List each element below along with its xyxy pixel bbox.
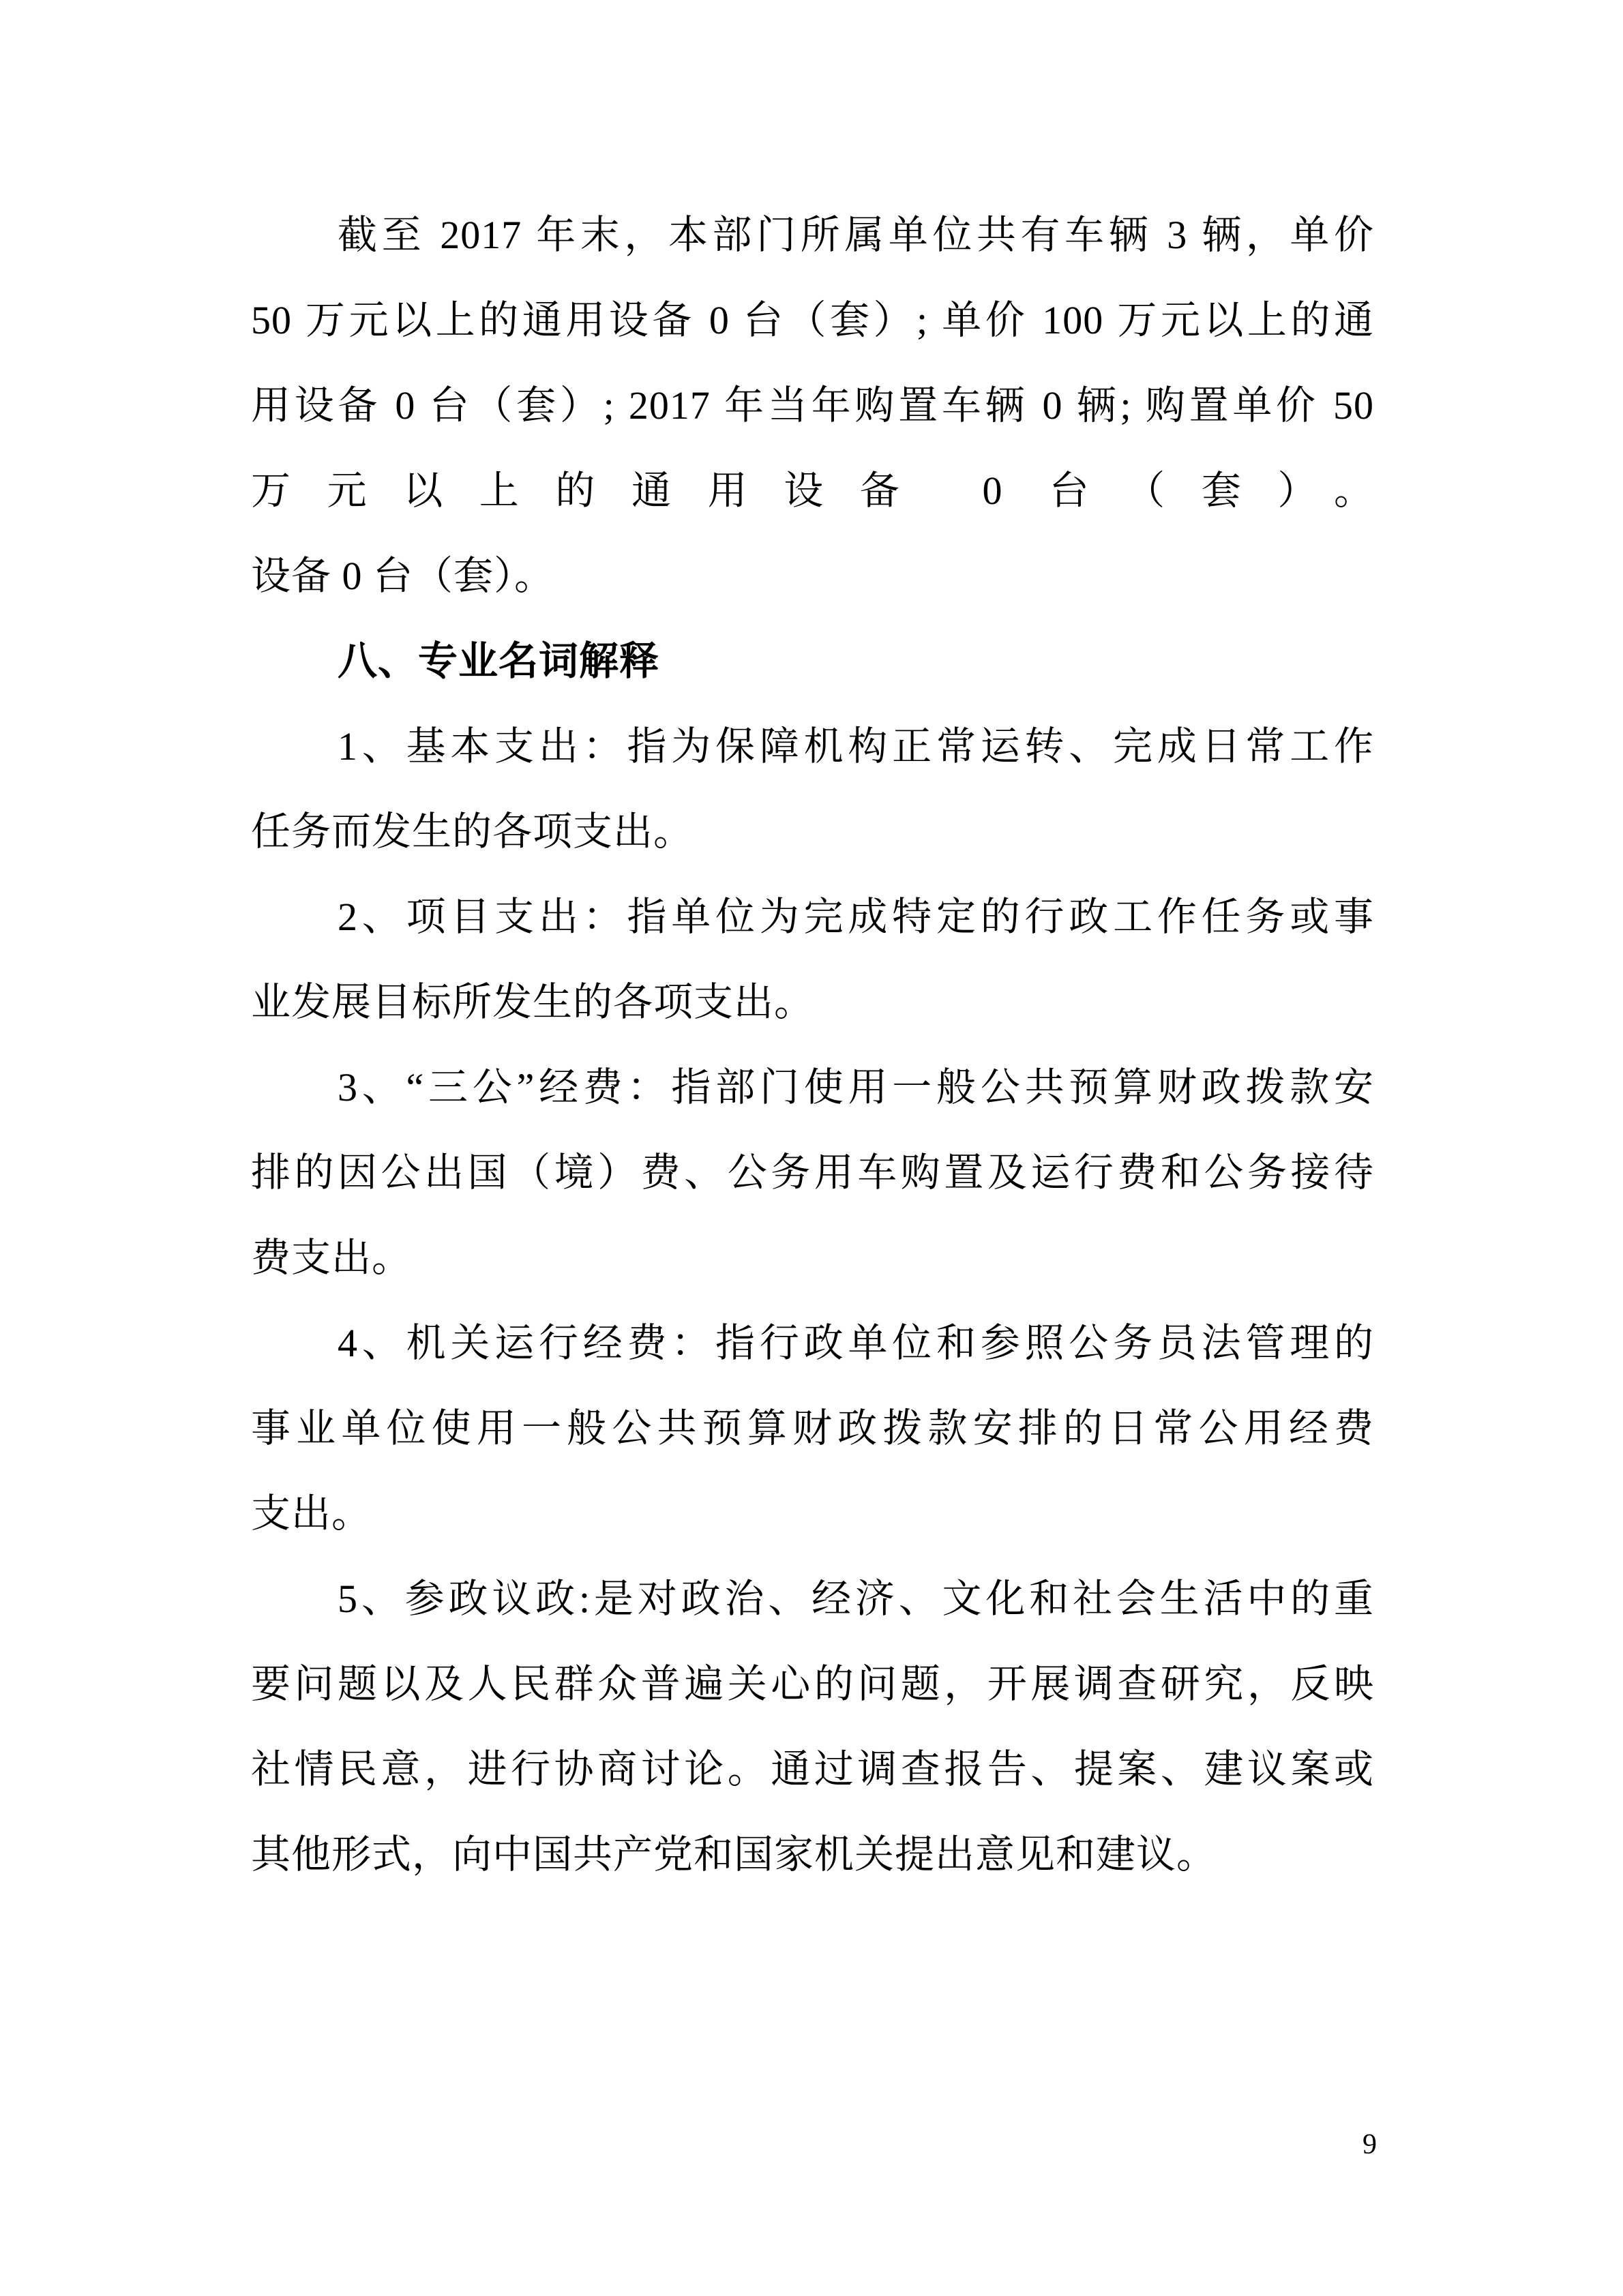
body-line: 3、“三公”经费：指部门使用一般公共预算财政拨款安 (251, 1045, 1374, 1130)
page-number: 9 (1363, 2128, 1377, 2162)
body-line: 任务而发生的各项支出。 (251, 789, 1374, 874)
body-line: 5、参政议政:是对政治、经济、文化和社会生活中的重 (251, 1556, 1374, 1641)
body-line: 用设备 0 台（套）; 2017 年当年购置车辆 0 辆; 购置单价 50 (251, 363, 1374, 448)
body-line: 费支出。 (251, 1215, 1374, 1300)
body-line: 排的因公出国（境）费、公务用车购置及运行费和公务接待 (251, 1130, 1374, 1215)
body-line: 事业单位使用一般公共预算财政拨款安排的日常公用经费 (251, 1386, 1374, 1471)
document-text-block: 截至 2017 年末，本部门所属单位共有车辆 3 辆，单价 50 万元以上的通用… (251, 192, 1374, 1897)
body-line: 截至 2017 年末，本部门所属单位共有车辆 3 辆，单价 (251, 192, 1374, 278)
body-line: 4、机关运行经费：指行政单位和参照公务员法管理的 (251, 1300, 1374, 1386)
body-line: 要问题以及人民群众普遍关心的问题，开展调查研究，反映 (251, 1641, 1374, 1727)
body-line: 1、基本支出：指为保障机构正常运转、完成日常工作 (251, 704, 1374, 789)
body-line: 其他形式，向中国共产党和国家机关提出意见和建议。 (251, 1812, 1374, 1897)
body-line: 支出。 (251, 1471, 1374, 1556)
section-heading: 八、专业名词解释 (251, 618, 1374, 704)
body-line: 50 万元以上的通用设备 0 台（套）; 单价 100 万元以上的通 (251, 278, 1374, 363)
body-line: 社情民意，进行协商讨论。通过调查报告、提案、建议案或 (251, 1727, 1374, 1812)
body-line: 业发展目标所发生的各项支出。 (251, 959, 1374, 1045)
document-page: 截至 2017 年末，本部门所属单位共有车辆 3 辆，单价 50 万元以上的通用… (0, 0, 1623, 2296)
body-line: 设备 0 台（套）。 (251, 533, 1374, 618)
body-line: 2、项目支出：指单位为完成特定的行政工作任务或事 (251, 874, 1374, 959)
body-line: 万元以上的通用设备 0 台（套）。 (251, 448, 1374, 533)
